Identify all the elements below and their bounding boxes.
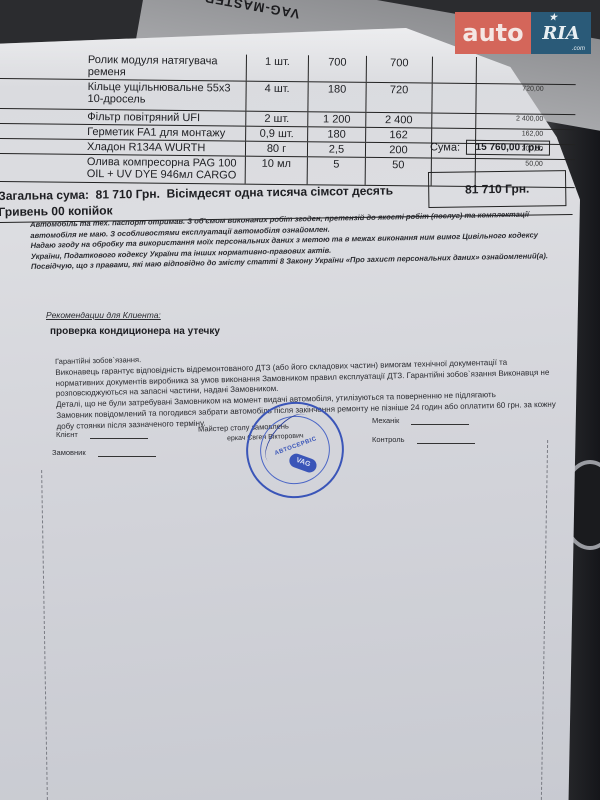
item-sum: 720 <box>365 83 431 113</box>
item-qty: 0,9 шт. <box>245 127 307 142</box>
client-label: Клієнт <box>56 430 78 439</box>
total-box: 81 710 Грн. <box>428 170 566 208</box>
autoria-watermark-logo: auto ★ RIA .com <box>455 12 591 54</box>
logo-com: .com <box>572 46 585 52</box>
disclaimer-text: Автомобіль та тех. паспорт отримав. З об… <box>30 209 571 273</box>
item-total: 2 400,00 <box>475 114 547 129</box>
item-total <box>476 57 548 84</box>
subtotal-value: 15 760,00 Грн. <box>466 140 550 156</box>
items-table: Ролик модуля натягувача ременя 1 шт. 700… <box>0 52 576 188</box>
item-sum: 162 <box>365 128 431 143</box>
print-margin-right <box>541 440 553 800</box>
item-price: 180 <box>307 127 365 142</box>
item-price: 2,5 <box>307 142 365 157</box>
item-name: Фільтр повітряний UFI <box>0 109 245 126</box>
item-sum: 200 <box>365 143 431 158</box>
star-icon: ★ <box>549 13 557 23</box>
item-price: 700 <box>308 55 366 82</box>
item-name: Герметик FA1 для монтажу <box>0 124 245 141</box>
print-margin-left <box>41 470 53 800</box>
item-price: 1 200 <box>307 112 365 127</box>
item-qty: 4 шт. <box>245 82 307 112</box>
item-name: Кільце ущільнювальне 55x3 10-дросель <box>0 79 246 111</box>
item-qty: 1 шт. <box>246 55 308 82</box>
logo-auto: auto <box>455 12 531 54</box>
control-signature: Контроль <box>372 435 475 444</box>
recommendations-text: проверка кондиционера на утечку <box>50 326 220 337</box>
item-sum: 700 <box>366 56 432 83</box>
item-name: Ролик модуля натягувача ременя <box>0 52 246 81</box>
item-qty: 2 шт. <box>245 112 307 127</box>
control-label: Контроль <box>372 435 405 444</box>
item-total: 720,00 <box>475 84 547 114</box>
customer-label: Замовник <box>52 448 86 457</box>
subtotal-label: Сума: <box>430 141 460 153</box>
total-amount: 81 710 Грн. <box>96 187 160 202</box>
item-qty: 80 г <box>245 142 307 157</box>
recommendations-label: Рекомендации для Клиента: <box>46 310 161 320</box>
logo-ria: ★ RIA .com <box>531 12 591 54</box>
logo-ria-text: RIA <box>542 23 579 44</box>
total-label: Загальна сума: <box>0 188 89 203</box>
item-name: Хладон R134A WURTH <box>0 139 245 156</box>
customer-signature: Замовник <box>52 448 156 457</box>
invoice-content: Ролик модуля натягувача ременя 1 шт. 700… <box>0 0 600 800</box>
mechanic-signature: Механік <box>372 416 469 425</box>
mechanic-label: Механік <box>372 416 399 425</box>
subtotal-line: Сума: 15 760,00 Грн. <box>430 139 550 155</box>
item-sum: 2 400 <box>365 113 431 128</box>
client-signature: Клієнт <box>56 430 148 439</box>
item-price: 180 <box>307 82 365 112</box>
